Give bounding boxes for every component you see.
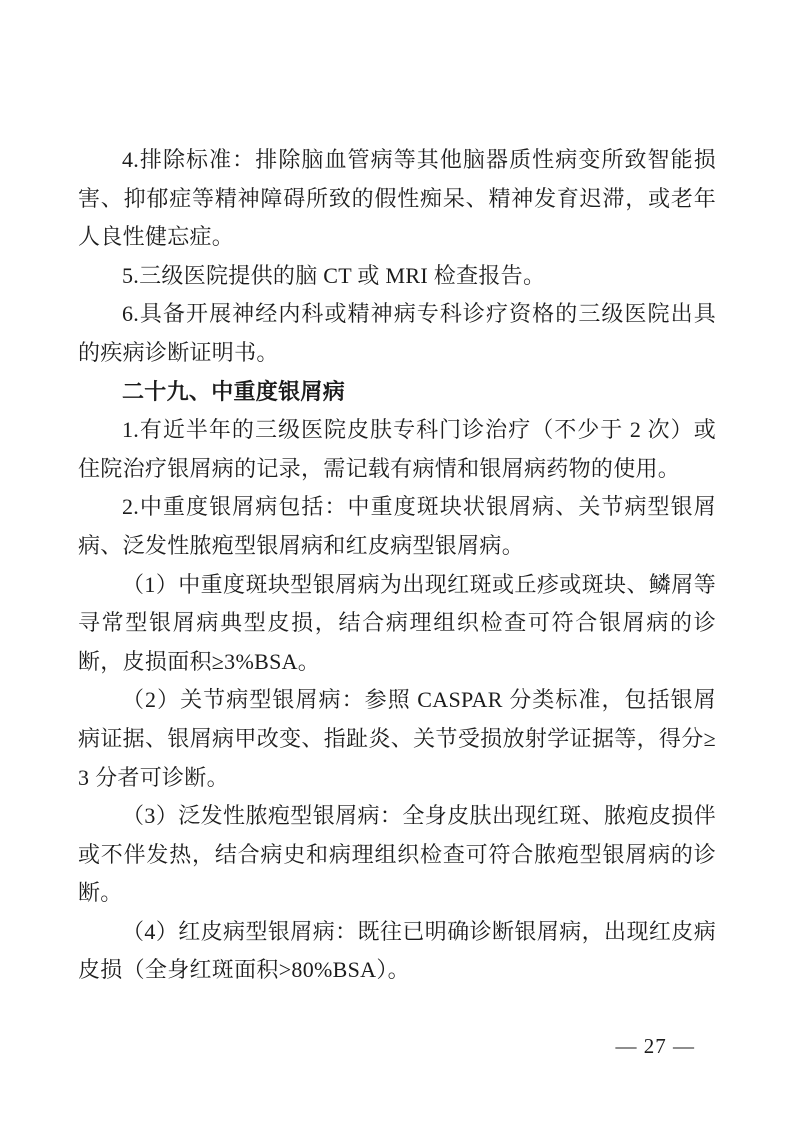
para-diagnosis-certificate: 6.具备开展神经内科或精神病专科诊疗资格的三级医院出具的疾病诊断证明书。 (78, 295, 716, 372)
para-plaque-psoriasis: （1）中重度斑块型银屑病为出现红斑或丘疹或斑块、鳞屑等寻常型银屑病典型皮损，结合… (78, 566, 716, 682)
document-page: 4.排除标准：排除脑血管病等其他脑器质性病变所致智能损害、抑郁症等精神障碍所致的… (0, 0, 793, 1122)
section-heading-psoriasis: 二十九、中重度银屑病 (78, 373, 716, 412)
para-arthropathic-psoriasis: （2）关节病型银屑病：参照 CASPAR 分类标准，包括银屑病证据、银屑病甲改变… (78, 681, 716, 797)
para-ct-mri-report: 5.三级医院提供的脑 CT 或 MRI 检查报告。 (78, 257, 716, 296)
para-exclusion-criteria: 4.排除标准：排除脑血管病等其他脑器质性病变所致智能损害、抑郁症等精神障碍所致的… (78, 141, 716, 257)
para-psoriasis-types: 2.中重度银屑病包括：中重度斑块状银屑病、关节病型银屑病、泛发性脓疱型银屑病和红… (78, 488, 716, 565)
para-treatment-records: 1.有近半年的三级医院皮肤专科门诊治疗（不少于 2 次）或住院治疗银屑病的记录，… (78, 411, 716, 488)
para-erythrodermic-psoriasis: （4）红皮病型银屑病：既往已明确诊断银屑病，出现红皮病皮损（全身红斑面积>80%… (78, 913, 716, 990)
document-body: 4.排除标准：排除脑血管病等其他脑器质性病变所致智能损害、抑郁症等精神障碍所致的… (78, 141, 716, 990)
page-number: — 27 — (616, 1032, 696, 1060)
para-pustular-psoriasis: （3）泛发性脓疱型银屑病：全身皮肤出现红斑、脓疱皮损伴或不伴发热，结合病史和病理… (78, 797, 716, 913)
